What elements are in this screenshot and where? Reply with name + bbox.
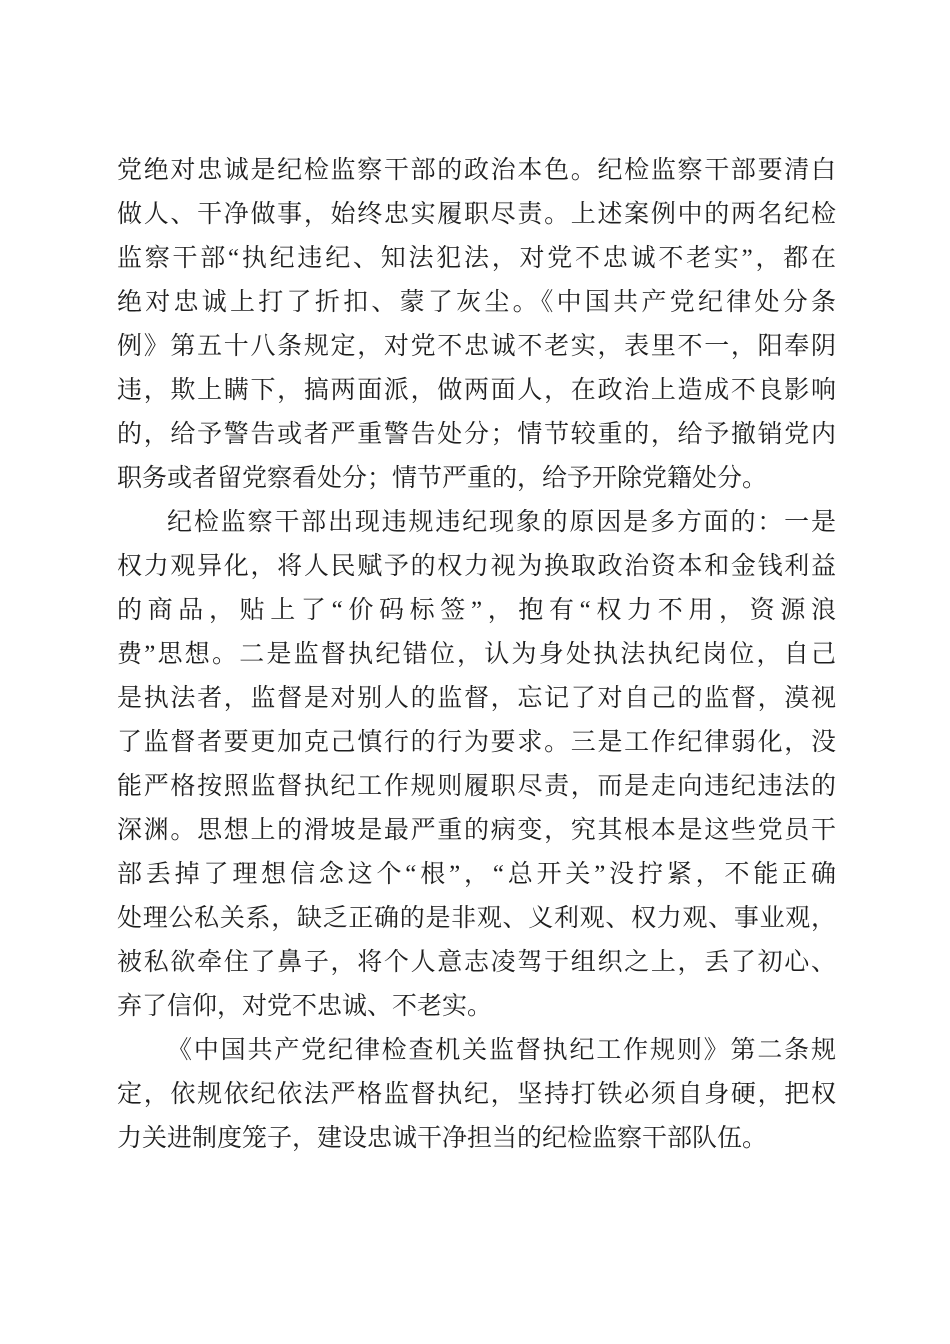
text-line: 的商品，贴上了“价码标签”，抱有“权力不用，资源浪 [117, 589, 836, 633]
text-line: 监察干部“执纪违纪、知法犯法，对党不忠诚不老实”，都在 [117, 237, 836, 281]
text-line: 《中国共产党纪律检查机关监督执纪工作规则》第二条规 [117, 1029, 836, 1073]
text-line: 的，给予警告或者严重警告处分；情节较重的，给予撤销党内 [117, 413, 836, 457]
text-line: 权力观异化，将人民赋予的权力视为换取政治资本和金钱利益 [117, 545, 836, 589]
text-line: 能严格按照监督执纪工作规则履职尽责，而是走向违纪违法的 [117, 765, 836, 809]
text-line: 处理公私关系，缺乏正确的是非观、义利观、权力观、事业观， [117, 897, 836, 941]
text-line: 深渊。思想上的滑坡是最严重的病变，究其根本是这些党员干 [117, 809, 836, 853]
text-line: 做人、干净做事，始终忠实履职尽责。上述案例中的两名纪检 [117, 193, 836, 237]
text-line: 例》第五十八条规定，对党不忠诚不老实，表里不一，阳奉阴 [117, 325, 836, 369]
paragraph: 《中国共产党纪律检查机关监督执纪工作规则》第二条规定，依规依纪依法严格监督执纪，… [117, 1029, 836, 1161]
text-line: 绝对忠诚上打了折扣、蒙了灰尘。《中国共产党纪律处分条 [117, 281, 836, 325]
text-line: 定，依规依纪依法严格监督执纪，坚持打铁必须自身硬，把权 [117, 1073, 836, 1117]
text-line: 部丢掉了理想信念这个“根”，“总开关”没拧紧，不能正确 [117, 853, 836, 897]
text-line: 费”思想。二是监督执纪错位，认为身处执法执纪岗位，自己 [117, 633, 836, 677]
text-line: 了监督者要更加克己慎行的行为要求。三是工作纪律弱化，没 [117, 721, 836, 765]
paragraph: 纪检监察干部出现违规违纪现象的原因是多方面的：一是权力观异化，将人民赋予的权力视… [117, 501, 836, 1029]
text-line: 被私欲牵住了鼻子，将个人意志凌驾于组织之上，丢了初心、 [117, 941, 836, 985]
text-line: 弃了信仰，对党不忠诚、不老实。 [117, 985, 836, 1029]
document-page: 党绝对忠诚是纪检监察干部的政治本色。纪检监察干部要清白做人、干净做事，始终忠实履… [0, 0, 950, 1344]
document-body: 党绝对忠诚是纪检监察干部的政治本色。纪检监察干部要清白做人、干净做事，始终忠实履… [117, 149, 836, 1161]
document-screenshot: { "document": { "background_color": "#ff… [0, 0, 950, 1344]
text-line: 党绝对忠诚是纪检监察干部的政治本色。纪检监察干部要清白 [117, 149, 836, 193]
text-line: 纪检监察干部出现违规违纪现象的原因是多方面的：一是 [117, 501, 836, 545]
paragraph: 党绝对忠诚是纪检监察干部的政治本色。纪检监察干部要清白做人、干净做事，始终忠实履… [117, 149, 836, 501]
text-line: 职务或者留党察看处分；情节严重的，给予开除党籍处分。 [117, 457, 836, 501]
text-line: 是执法者，监督是对别人的监督，忘记了对自己的监督，漠视 [117, 677, 836, 721]
text-line: 力关进制度笼子，建设忠诚干净担当的纪检监察干部队伍。 [117, 1117, 836, 1161]
text-line: 违，欺上瞒下，搞两面派，做两面人，在政治上造成不良影响 [117, 369, 836, 413]
